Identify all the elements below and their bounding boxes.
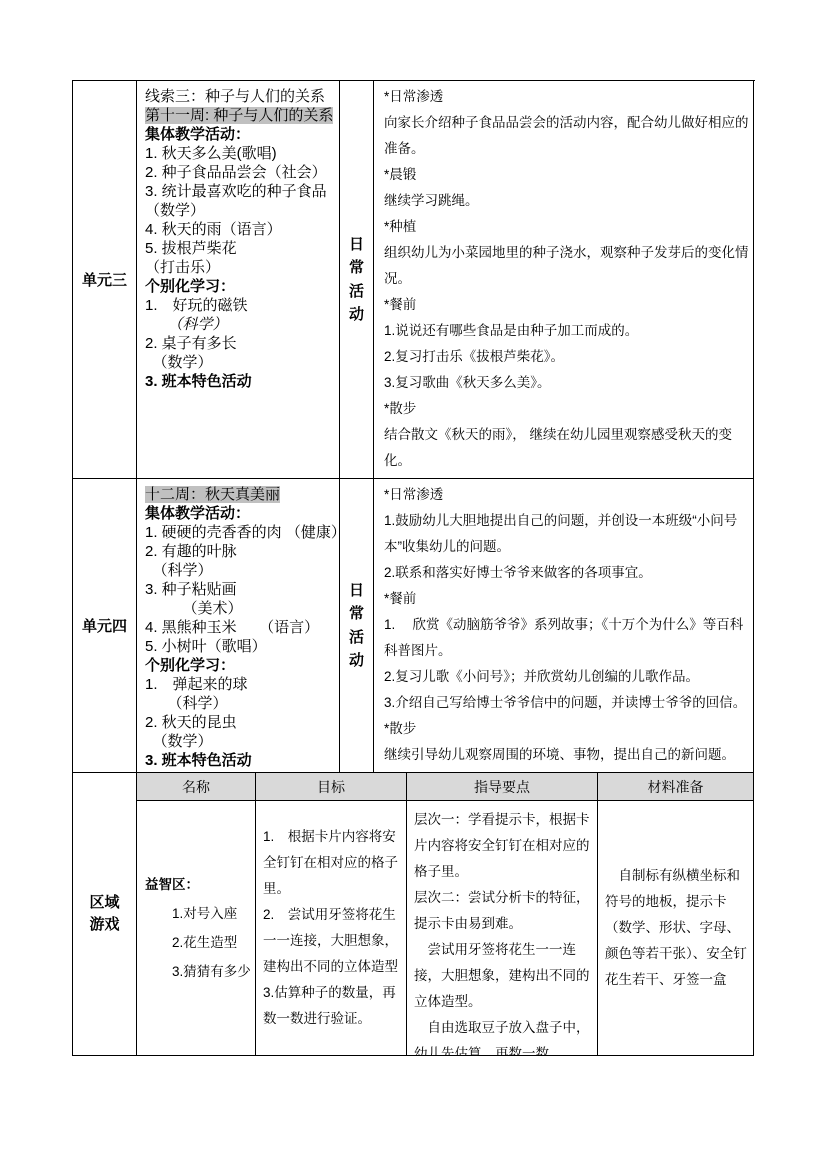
unit4-daily-label-cell: 日常活动 bbox=[340, 479, 374, 773]
activity-line: 2. 种子食品品尝会（社会） bbox=[145, 163, 337, 182]
activity-line: 集体教学活动： bbox=[145, 125, 337, 144]
activity-line: 5. 拔根芦柴花 bbox=[145, 239, 337, 258]
activity-line: 2. 桌子有多长 bbox=[145, 334, 337, 353]
guide-paragraph: 层次二：尝试分析卡的特征，提示卡由易到难。 bbox=[414, 885, 593, 937]
activity-line: 1. 好玩的磁铁 bbox=[145, 296, 337, 315]
guide-paragraph: 尝试用牙签将花生一一连接，大胆想象，建构出不同的立体造型。 bbox=[414, 937, 593, 1015]
header-guide-points: 指导要点 bbox=[407, 773, 598, 801]
activity-line: 4. 黑熊种玉米 （语言） bbox=[145, 618, 337, 637]
daily-line: 继续引导幼儿观察周围的环境、事物，提出自己的新问题。 bbox=[384, 742, 749, 768]
goal-paragraph: 1. 根据卡片内容将安全钉钉在相对应的格子里。 bbox=[263, 824, 403, 902]
activity-line: 2. 秋天的昆虫 bbox=[145, 713, 337, 732]
daily-line: *种植 bbox=[384, 214, 749, 240]
area-games-label-cell: 区域游戏 bbox=[73, 773, 137, 1056]
game-name-line: 3.猜猜有多少 bbox=[145, 957, 253, 986]
daily-line: 2.联系和落实好博士爷爷来做客的各项事宜。 bbox=[384, 560, 749, 586]
activity-line: 个别化学习： bbox=[145, 277, 337, 296]
area-games-section: 区域游戏 名称 目标 指导要点 材料准备 益智区： 1.对号入座 2.花生造型 … bbox=[73, 773, 755, 1056]
unit3-activities-cell: 线索三：种子与人们的关系第十一周: 种子与人们的关系集体教学活动：1. 秋天多么… bbox=[137, 81, 340, 479]
daily-line: 1.鼓励幼儿大胆地提出自己的问题，并创设一本班级“小问号本”收集幼儿的问题。 bbox=[384, 508, 749, 560]
activity-line: 3. 种子粘贴画 bbox=[145, 580, 337, 599]
daily-activities-vertical-label: 日常活动 bbox=[348, 233, 365, 326]
activity-line: 线索三：种子与人们的关系 bbox=[145, 87, 337, 106]
daily-line: *日常渗透 bbox=[384, 482, 749, 508]
game-guide-cell: 层次一：学看提示卡，根据卡片内容将安全钉钉在相对应的格子里。层次二：尝试分析卡的… bbox=[407, 801, 598, 1056]
daily-line: 1. 欣赏《动脑筋爷爷》系列故事；《十万个为什么》等百科科普图片。 bbox=[384, 612, 749, 664]
game-name-cell: 益智区： 1.对号入座 2.花生造型 3.猜猜有多少 bbox=[137, 801, 256, 1056]
activity-line: 3. 统计最喜欢吃的种子食品 bbox=[145, 182, 337, 201]
daily-activities-vertical-label: 日常活动 bbox=[348, 579, 365, 672]
daily-line: *餐前 bbox=[384, 586, 749, 612]
area-games-label: 区域游戏 bbox=[89, 892, 121, 936]
daily-line: 2.复习儿歌《小问号》；并欣赏幼儿创编的儿歌作品。 bbox=[384, 664, 749, 690]
activity-line: （科学） bbox=[145, 694, 337, 713]
activity-line: 个别化学习： bbox=[145, 656, 337, 675]
header-goal: 目标 bbox=[256, 773, 407, 801]
activity-line: 十二周：秋天真美丽 bbox=[145, 485, 337, 504]
unit4-activities-cell: 十二周：秋天真美丽集体教学活动：1. 硬硬的壳香香的肉 （健康）2. 有趣的叶脉… bbox=[137, 479, 340, 773]
guide-paragraph: 层次一：学看提示卡，根据卡片内容将安全钉钉在相对应的格子里。 bbox=[414, 807, 593, 885]
unit4-label-cell: 单元四 bbox=[73, 479, 137, 773]
unit4-row: 单元四 十二周：秋天真美丽集体教学活动：1. 硬硬的壳香香的肉 （健康）2. 有… bbox=[73, 479, 755, 773]
daily-line: *日常渗透 bbox=[384, 84, 749, 110]
unit3-daily-content-cell: *日常渗透向家长介绍种子食品品尝会的活动内容，配合幼儿做好相应的准备。*晨锻继续… bbox=[374, 81, 754, 479]
daily-line: 组织幼儿为小菜园地里的种子浇水，观察种子发芽后的变化情况。 bbox=[384, 240, 749, 292]
activity-line: （数学） bbox=[145, 201, 337, 220]
material-paragraph: 自制标有纵横坐标和符号的地板，提示卡（数学、形状、字母、颜色等若干张）、安全钉 bbox=[605, 863, 749, 967]
goal-paragraph: 2. 尝试用牙签将花生一一连接，大胆想象，建构出不同的立体造型 bbox=[263, 902, 403, 980]
activity-line: 2. 有趣的叶脉 bbox=[145, 542, 337, 561]
activity-line: 3. 班本特色活动 bbox=[145, 372, 337, 391]
daily-line: 3.介绍自己写给博士爷爷信中的问题，并读博士爷爷的回信。 bbox=[384, 690, 749, 716]
game-name-line: 益智区： bbox=[145, 870, 253, 899]
unit3-daily-label-cell: 日常活动 bbox=[340, 81, 374, 479]
activity-line: （数学） bbox=[145, 353, 337, 372]
daily-line: 3.复习歌曲《秋天多么美》。 bbox=[384, 370, 749, 396]
daily-line: *散步 bbox=[384, 396, 749, 422]
daily-line: *餐前 bbox=[384, 292, 749, 318]
activity-line: （打击乐） bbox=[145, 258, 337, 277]
activity-line: （数学） bbox=[145, 732, 337, 751]
activity-line: 集体教学活动： bbox=[145, 504, 337, 523]
header-materials: 材料准备 bbox=[598, 773, 754, 801]
activity-line: 第十一周: 种子与人们的关系 bbox=[145, 106, 337, 125]
daily-line: 继续学习跳绳。 bbox=[384, 188, 749, 214]
activity-line: （科学） bbox=[145, 315, 337, 334]
game-goal-cell: 1. 根据卡片内容将安全钉钉在相对应的格子里。2. 尝试用牙签将花生一一连接，大… bbox=[256, 801, 407, 1056]
material-paragraph: 花生若干、牙签一盒 bbox=[605, 967, 749, 993]
activity-line: （科学） bbox=[145, 561, 337, 580]
activity-line: 4. 秋天的雨（语言） bbox=[145, 220, 337, 239]
unit3-row: 单元三 线索三：种子与人们的关系第十一周: 种子与人们的关系集体教学活动：1. … bbox=[73, 81, 755, 479]
activity-line: 1. 弹起来的球 bbox=[145, 675, 337, 694]
daily-line: *晨锻 bbox=[384, 162, 749, 188]
activity-line: 5. 小树叶（歌唱） bbox=[145, 637, 337, 656]
activity-line: 1. 硬硬的壳香香的肉 （健康） bbox=[145, 523, 337, 542]
daily-line: 向家长介绍种子食品品尝会的活动内容，配合幼儿做好相应的准备。 bbox=[384, 110, 749, 162]
goal-paragraph: 3.估算种子的数量，再数一数进行验证。 bbox=[263, 980, 403, 1032]
daily-line: 结合散文《秋天的雨》， 继续在幼儿园里观察感受秋天的变化。 bbox=[384, 422, 749, 474]
activity-line: 3. 班本特色活动 bbox=[145, 751, 337, 770]
unit4-label: 单元四 bbox=[82, 615, 127, 636]
activity-line: 1. 秋天多么美(歌唱) bbox=[145, 144, 337, 163]
unit3-label-cell: 单元三 bbox=[73, 81, 137, 479]
daily-line: 2.复习打击乐《拔根芦柴花》。 bbox=[384, 344, 749, 370]
daily-line: 1.说说还有哪些食品是由种子加工而成的。 bbox=[384, 318, 749, 344]
guide-paragraph: 自由选取豆子放入盘子中，幼儿先估算，再数一数。 bbox=[414, 1015, 593, 1056]
header-name: 名称 bbox=[137, 773, 256, 801]
activity-line: （美术） bbox=[145, 599, 337, 618]
game-name-line: 2.花生造型 bbox=[145, 928, 253, 957]
curriculum-plan-table: 单元三 线索三：种子与人们的关系第十一周: 种子与人们的关系集体教学活动：1. … bbox=[72, 80, 755, 1056]
game-name-line: 1.对号入座 bbox=[145, 899, 253, 928]
unit4-daily-content-cell: *日常渗透1.鼓励幼儿大胆地提出自己的问题，并创设一本班级“小问号本”收集幼儿的… bbox=[374, 479, 754, 773]
daily-line: *散步 bbox=[384, 716, 749, 742]
unit3-label: 单元三 bbox=[82, 269, 127, 290]
game-materials-cell: 自制标有纵横坐标和符号的地板，提示卡（数学、形状、字母、颜色等若干张）、安全钉花… bbox=[598, 801, 754, 1056]
